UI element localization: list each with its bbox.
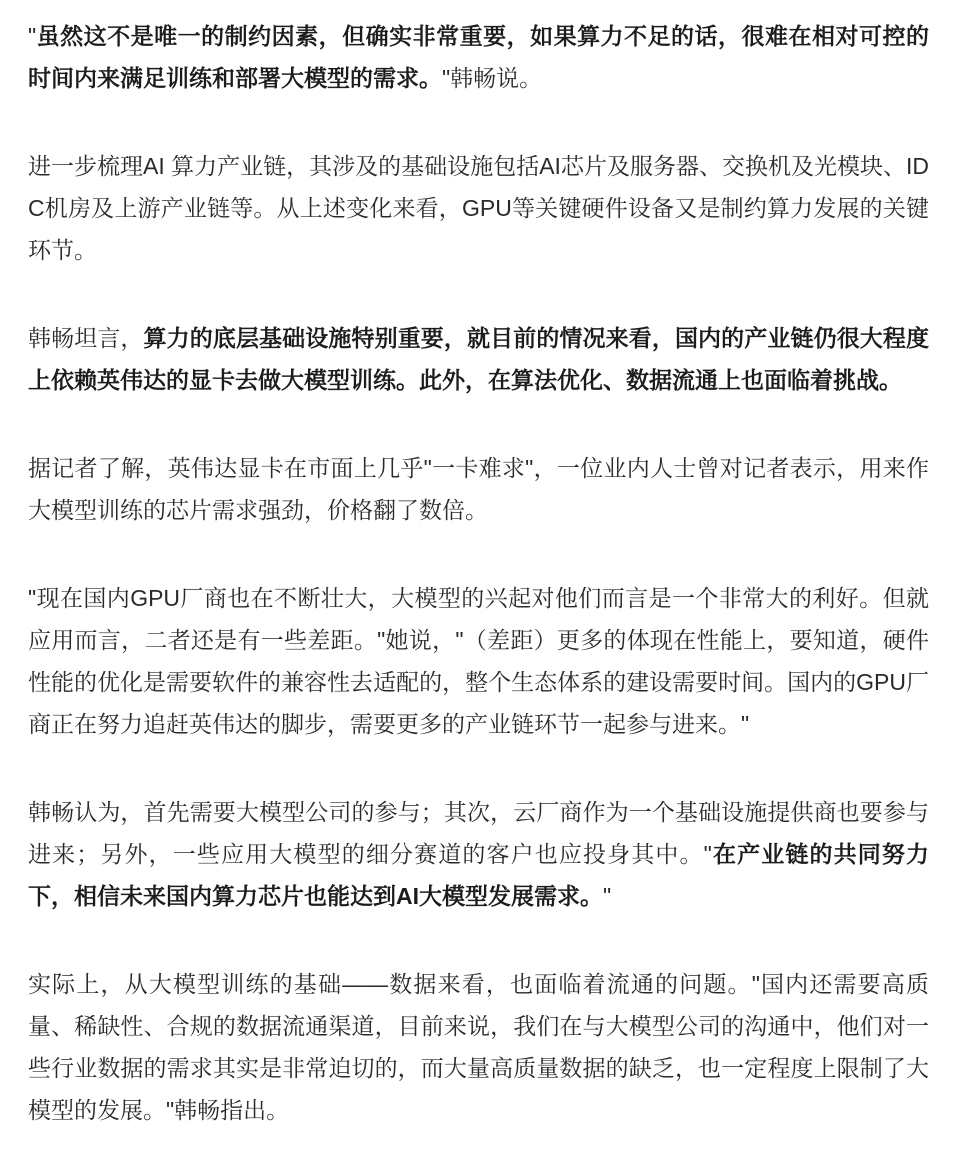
article-body: "虽然这不是唯一的制约因素，但确实非常重要，如果算力不足的话，很难在相对可控的时… [0,0,955,1151]
body-text: " [603,883,611,909]
page: { "page": { "background_color": "#ffffff… [0,0,955,1152]
body-text: "现在国内GPU厂商也在不断壮大，大模型的兴起对他们而言是一个非常大的利好。但就… [28,585,929,737]
emphasis-text: 算力的底层基础设施特别重要，就目前的情况来看，国内的产业链仍很大程度上依赖英伟达… [28,325,929,393]
paragraph: "现在国内GPU厂商也在不断壮大，大模型的兴起对他们而言是一个非常大的利好。但就… [28,577,929,745]
paragraph: 据记者了解，英伟达显卡在市面上几乎"一卡难求"，一位业内人士曾对记者表示，用来作… [28,447,929,531]
paragraph: 实际上，从大模型训练的基础——数据来看，也面临着流通的问题。"国内还需要高质量、… [28,963,929,1131]
body-text: 实际上，从大模型训练的基础——数据来看，也面临着流通的问题。"国内还需要高质量、… [28,971,929,1123]
body-text: "韩畅说。 [442,65,542,91]
paragraph: 韩畅认为，首先需要大模型公司的参与；其次，云厂商作为一个基础设施提供商也要参与进… [28,791,929,917]
body-text: " [28,23,36,49]
body-text: 韩畅坦言， [28,325,144,351]
body-text: 据记者了解，英伟达显卡在市面上几乎"一卡难求"，一位业内人士曾对记者表示，用来作… [28,455,929,523]
paragraph: 进一步梳理AI 算力产业链，其涉及的基础设施包括AI芯片及服务器、交换机及光模块… [28,145,929,271]
body-text: 进一步梳理AI 算力产业链，其涉及的基础设施包括AI芯片及服务器、交换机及光模块… [28,153,929,263]
paragraph: "虽然这不是唯一的制约因素，但确实非常重要，如果算力不足的话，很难在相对可控的时… [28,15,929,99]
paragraph: 韩畅坦言，算力的底层基础设施特别重要，就目前的情况来看，国内的产业链仍很大程度上… [28,317,929,401]
